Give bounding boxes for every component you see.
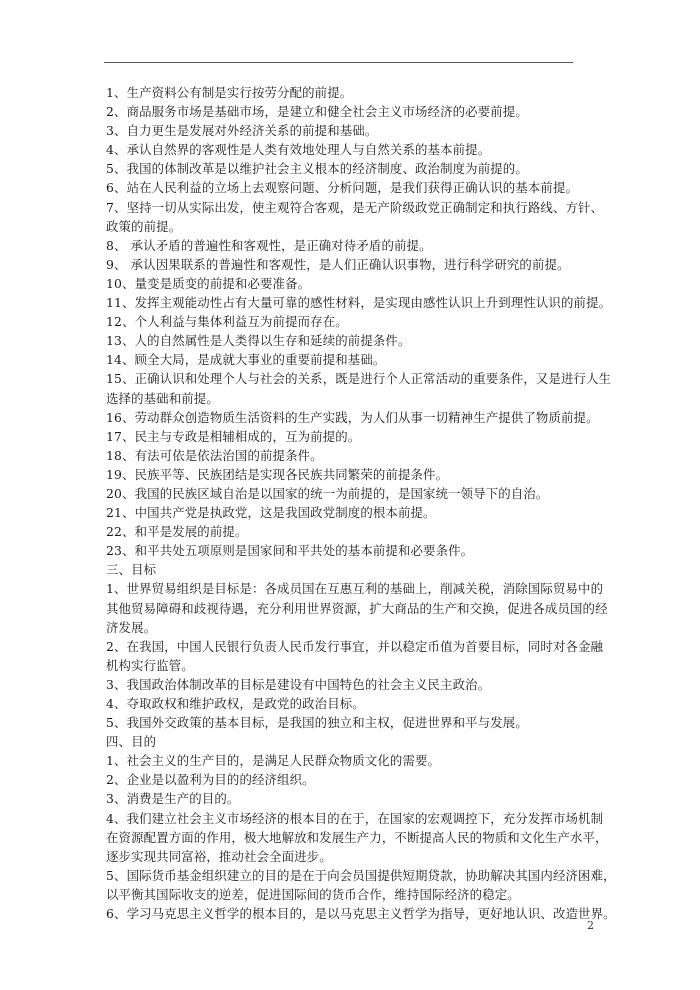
text-line: 19、民族平等、民族团结是实现各民族共同繁荣的前提条件。 <box>106 465 601 484</box>
text-line: 1、社会主义的生产目的，是满足人民群众物质文化的需要。 <box>106 751 601 770</box>
text-line: 5、我国外交政策的基本目标，是我国的独立和主权，促进世界和平与发展。 <box>106 713 601 732</box>
text-line: 22、和平是发展的前提。 <box>106 522 601 541</box>
document-page: 1、生产资料公有制是实行按劳分配的前提。 2、商品服务市场是基础市场，是建立和健… <box>0 0 700 990</box>
text-line: 2、企业是以盈利为目的的经济组织。 <box>106 770 601 789</box>
text-line: 1、生产资料公有制是实行按劳分配的前提。 <box>106 83 601 102</box>
text-line: 20、我国的民族区域自治是以国家的统一为前提的，是国家统一领导下的自治。 <box>106 484 601 503</box>
text-line: 15、正确认识和处理个人与社会的关系，既是进行个人正常活动的重要条件，又是进行人… <box>106 369 601 388</box>
text-line: 济发展。 <box>106 618 601 637</box>
text-line: 10、量变是质变的前提和必要准备。 <box>106 274 601 293</box>
header-rule <box>104 62 573 63</box>
text-line: 6、站在人民利益的立场上去观察问题、分析问题，是我们获得正确认识的基本前提。 <box>106 178 601 197</box>
section-heading-purposes: 四、目的 <box>106 732 601 751</box>
text-line: 7、坚持一切从实际出发，使主观符合客观，是无产阶级政党正确制定和执行路线、方针、 <box>106 198 601 217</box>
text-line: 18、有法可依是依法治国的前提条件。 <box>106 446 601 465</box>
text-line: 选择的基础和前提。 <box>106 389 601 408</box>
text-line: 3、我国政治体制改革的目标是建设有中国特色的社会主义民主政治。 <box>106 675 601 694</box>
text-line: 11、发挥主观能动性占有大量可靠的感性材料，是实现由感性认识上升到理性认识的前提… <box>106 293 601 312</box>
text-line: 2、商品服务市场是基础市场，是建立和健全社会主义市场经济的必要前提。 <box>106 102 601 121</box>
text-line: 5、国际货币基金组织建立的目的是在于向会员国提供短期贷款，协助解决其国内经济困难… <box>106 866 601 885</box>
text-line: 4、承认自然界的客观性是人类有效地处理人与自然关系的基本前提。 <box>106 140 601 159</box>
text-line: 逐步实现共同富裕，推动社会全面进步。 <box>106 847 601 866</box>
text-line: 17、民主与专政是相辅相成的，互为前提的。 <box>106 427 601 446</box>
text-line: 在资源配置方面的作用，极大地解放和发展生产力，不断提高人民的物质和文化生产水平， <box>106 828 601 847</box>
text-line: 2、在我国，中国人民银行负责人民币发行事宜，并以稳定币值为首要目标，同时对各金融 <box>106 637 601 656</box>
document-body: 1、生产资料公有制是实行按劳分配的前提。 2、商品服务市场是基础市场，是建立和健… <box>106 83 601 923</box>
text-line: 以平衡其国际收支的逆差，促进国际间的货币合作，维持国际经济的稳定。 <box>106 885 601 904</box>
text-line: 3、消费是生产的目的。 <box>106 789 601 808</box>
text-line: 其他贸易障碍和歧视待遇，充分利用世界资源，扩大商品的生产和交换，促进各成员国的经 <box>106 599 601 618</box>
text-line: 9、 承认因果联系的普遍性和客观性，是人们正确认识事物，进行科学研究的前提。 <box>106 255 601 274</box>
text-line: 4、我们建立社会主义市场经济的根本目的在于，在国家的宏观调控下，充分发挥市场机制 <box>106 809 601 828</box>
text-line: 13、人的自然属性是人类得以生存和延续的前提条件。 <box>106 331 601 350</box>
text-line: 机构实行监管。 <box>106 656 601 675</box>
text-line: 4、夺取政权和维护政权，是政党的政治目标。 <box>106 694 601 713</box>
text-line: 23、和平共处五项原则是国家间和平共处的基本前提和必要条件。 <box>106 541 601 560</box>
text-line: 6、学习马克思主义哲学的根本目的，是以马克思主义哲学为指导，更好地认识、改造世界… <box>106 904 601 923</box>
text-line: 21、中国共产党是执政党，这是我国政党制度的根本前提。 <box>106 503 601 522</box>
text-line: 8、 承认矛盾的普遍性和客观性，是正确对待矛盾的前提。 <box>106 236 601 255</box>
page-number: 2 <box>587 919 594 932</box>
text-line: 3、自力更生是发展对外经济关系的前提和基础。 <box>106 121 601 140</box>
text-line: 5、我国的体制改革是以维护社会主义根本的经济制度、政治制度为前提的。 <box>106 159 601 178</box>
text-line: 1、世界贸易组织是目标是：各成员国在互惠互利的基础上，削减关税，消除国际贸易中的 <box>106 579 601 598</box>
text-line: 14、顾全大局，是成就大事业的重要前提和基础。 <box>106 350 601 369</box>
text-line: 政策的前提。 <box>106 217 601 236</box>
section-heading-goals: 三、目标 <box>106 560 601 579</box>
text-line: 12、个人利益与集体利益互为前提而存在。 <box>106 312 601 331</box>
text-line: 16、劳动群众创造物质生活资料的生产实践，为人们从事一切精神生产提供了物质前提。 <box>106 408 601 427</box>
